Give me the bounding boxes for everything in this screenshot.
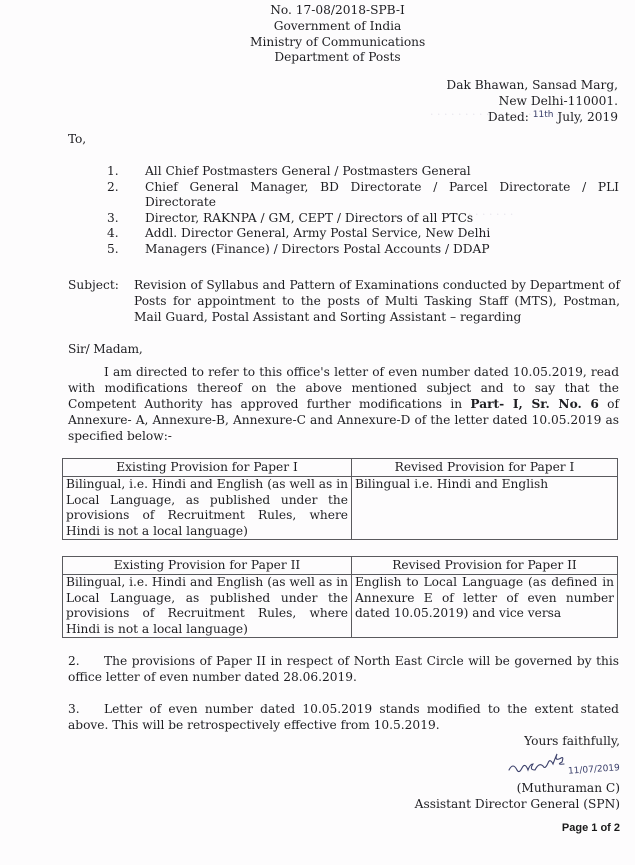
- revised-provision-cell: English to Local Language (as defined in…: [352, 575, 618, 638]
- paragraph-number: 2.: [68, 653, 104, 669]
- reference-number: No. 17-08/2018-SPB-I: [250, 3, 425, 19]
- list-number: 2.: [107, 180, 145, 211]
- ministry-name: Ministry of Communications: [250, 35, 425, 51]
- list-text: Addl. Director General, Army Postal Serv…: [145, 226, 619, 242]
- list-text: All Chief Postmasters General / Postmast…: [145, 164, 619, 180]
- list-item: 1. All Chief Postmasters General / Postm…: [107, 164, 619, 180]
- closing: Yours faithfully,: [524, 733, 620, 749]
- revised-provision-cell: Bilingual i.e. Hindi and English: [352, 477, 618, 540]
- date-label: Dated:: [488, 110, 529, 124]
- paragraph-1: I am directed to refer to this office's …: [68, 364, 619, 444]
- paper-2-provision-table: Existing Provision for Paper II Revised …: [62, 556, 618, 638]
- table-header: Existing Provision for Paper I: [63, 459, 352, 477]
- table-row: Bilingual, i.e. Hindi and English (as we…: [63, 477, 618, 540]
- existing-provision-cell: Bilingual, i.e. Hindi and English (as we…: [63, 575, 352, 638]
- paragraph-3: 3.Letter of even number dated 10.05.2019…: [68, 701, 619, 733]
- date-month-year: July, 2019: [557, 110, 618, 124]
- salutation: Sir/ Madam,: [68, 342, 143, 358]
- paragraph-1-bold: Part- I, Sr. No. 6: [470, 397, 599, 411]
- subject-label: Subject:: [68, 278, 119, 294]
- paragraph-number: 3.: [68, 701, 104, 717]
- paragraph-2-text: The provisions of Paper II in respect of…: [68, 654, 619, 684]
- to-label: To,: [68, 132, 86, 148]
- list-number: 5.: [107, 242, 145, 258]
- address-line-1: Dak Bhawan, Sansad Marg,: [446, 77, 618, 93]
- sender-address: Dak Bhawan, Sansad Marg, New Delhi-11000…: [446, 77, 618, 127]
- paragraph-3-text: Letter of even number dated 10.05.2019 s…: [68, 702, 619, 732]
- list-text: Managers (Finance) / Directors Postal Ac…: [145, 242, 619, 258]
- subject-text: Revision of Syllabus and Pattern of Exam…: [134, 278, 620, 325]
- list-item: 5. Managers (Finance) / Directors Postal…: [107, 242, 619, 258]
- table-header: Existing Provision for Paper II: [63, 557, 352, 575]
- table-row: Bilingual, i.e. Hindi and English (as we…: [63, 575, 618, 638]
- handwritten-day: 11th: [533, 110, 554, 120]
- list-number: 4.: [107, 226, 145, 242]
- signatory: (Muthuraman C) Assistant Director Genera…: [415, 780, 620, 812]
- signatory-name: (Muthuraman C): [415, 780, 620, 796]
- address-line-2: New Delhi-110001.: [446, 93, 618, 109]
- signatory-designation: Assistant Director General (SPN): [415, 796, 620, 812]
- list-text: Chief General Manager, BD Directorate / …: [145, 180, 619, 211]
- letter-page: · · · · · · · · · · · · · · · · · · · · …: [0, 0, 635, 865]
- list-text: Director, RAKNPA / GM, CEPT / Directors …: [145, 211, 619, 227]
- recipients-list: 1. All Chief Postmasters General / Postm…: [107, 164, 619, 258]
- letter-header: No. 17-08/2018-SPB-I Government of India…: [250, 3, 425, 66]
- list-number: 3.: [107, 211, 145, 227]
- government-name: Government of India: [250, 19, 425, 35]
- paragraph-2: 2.The provisions of Paper II in respect …: [68, 653, 619, 685]
- list-item: 2. Chief General Manager, BD Directorate…: [107, 180, 619, 211]
- department-name: Department of Posts: [250, 50, 425, 66]
- page-number: Page 1 of 2: [562, 822, 620, 834]
- existing-provision-cell: Bilingual, i.e. Hindi and English (as we…: [63, 477, 352, 540]
- table-header: Revised Provision for Paper II: [352, 557, 618, 575]
- valediction: Yours faithfully,: [524, 733, 620, 749]
- letter-date: Dated: 11th July, 2019: [446, 109, 618, 127]
- subject-block: Subject: Revision of Syllabus and Patter…: [68, 278, 620, 325]
- list-number: 1.: [107, 164, 145, 180]
- list-item: 4. Addl. Director General, Army Postal S…: [107, 226, 619, 242]
- table-header: Revised Provision for Paper I: [352, 459, 618, 477]
- list-item: 3. Director, RAKNPA / GM, CEPT / Directo…: [107, 211, 619, 227]
- paper-1-provision-table: Existing Provision for Paper I Revised P…: [62, 458, 618, 540]
